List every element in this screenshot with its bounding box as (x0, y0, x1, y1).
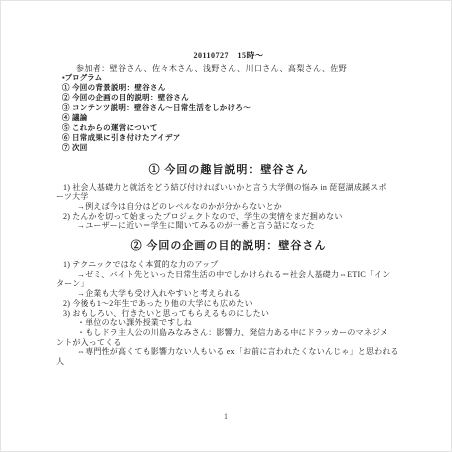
section-heading-purpose: ① 今回の趣旨説明：壁谷さん (56, 163, 401, 177)
doc-line: →ユーザーに近い＝学生に聞いてみるのが一番と言う話になった (56, 221, 401, 231)
doc-line: 人 (56, 357, 401, 367)
doc-line: 2) たんかを切って始まったプロジェクトなので、学生の実情をまだ掴めない (56, 212, 401, 222)
doc-line: →企業も大学も受け入れやすいと考えられる (56, 289, 401, 299)
doc-line: 3) おもしろい、行きたいと思ってもらえるものにしたい (56, 309, 401, 319)
program-item: ⑥ 日常成果に引き付けたアイデア (56, 133, 401, 143)
program-item: ⑤ これからの運営について (56, 123, 401, 133)
doc-line: 1) テクニックではなく本質的な力のアップ (56, 260, 401, 270)
doc-line: ⇔専門性が高くても影響力ない人もいる ex「お前に言われたくないんじゃ」と思われ… (56, 347, 401, 357)
document-content: 20110727 15時～ 参加者：壁谷さん、佐々木さん、浅野さん、川口さん、高… (1, 1, 451, 367)
program-label: ▪プログラム (56, 73, 401, 83)
participants-line: 参加者：壁谷さん、佐々木さん、浅野さん、川口さん、高梨さん、佐野 (56, 64, 401, 74)
program-item: ⑦ 次回 (56, 143, 401, 153)
doc-line: 1) 社会人基礎力と就活をどう結び付ければいいかと言う大学側の悩み in 琵琶湖… (56, 183, 401, 193)
doc-line: →例えば今は自分はどのレベルなのかが分からないとか (56, 202, 401, 212)
doc-line: ーツ大学 (56, 192, 401, 202)
section-body-purpose: 1) 社会人基礎力と就活をどう結び付ければいいかと言う大学側の悩み in 琵琶湖… (56, 183, 401, 232)
program-list: ① 今回の背景説明：壁谷さん ② 今回の企画の目的説明：壁谷さん ③ コンテンツ… (56, 83, 401, 153)
program-item: ① 今回の背景説明：壁谷さん (56, 83, 401, 93)
program-item: ③ コンテンツ説明：壁谷さん～日常生活をしかけろ～ (56, 103, 401, 113)
doc-line: ントが入ってくる (56, 338, 401, 348)
doc-line: ・単位のない課外授業ですしね (56, 318, 401, 328)
doc-line: 2) 今後も1～2年生であったり他の大学にも広めたい (56, 299, 401, 309)
doc-line: ターン」 (56, 279, 401, 289)
document-page: 20110727 15時～ 参加者：壁谷さん、佐々木さん、浅野さん、川口さん、高… (0, 0, 452, 452)
page-number: 1 (1, 412, 451, 421)
program-item: ② 今回の企画の目的説明：壁谷さん (56, 93, 401, 103)
program-item: ④ 議論 (56, 113, 401, 123)
doc-line: ・もしドラ主人公の川島みなみさん：影響力、発信力ある中にドラッカーのマネジメ (56, 328, 401, 338)
doc-line: →ゼミ、バイト先といった日常生活の中でしかけられる＝社会人基礎力⇔ETIC「イン (56, 270, 401, 280)
section-heading-objective: ② 今回の企画の目的説明：壁谷さん (56, 239, 401, 253)
date-line: 20110727 15時～ (56, 51, 401, 61)
section-body-objective: 1) テクニックではなく本質的な力のアップ →ゼミ、バイト先といった日常生活の中… (56, 260, 401, 367)
